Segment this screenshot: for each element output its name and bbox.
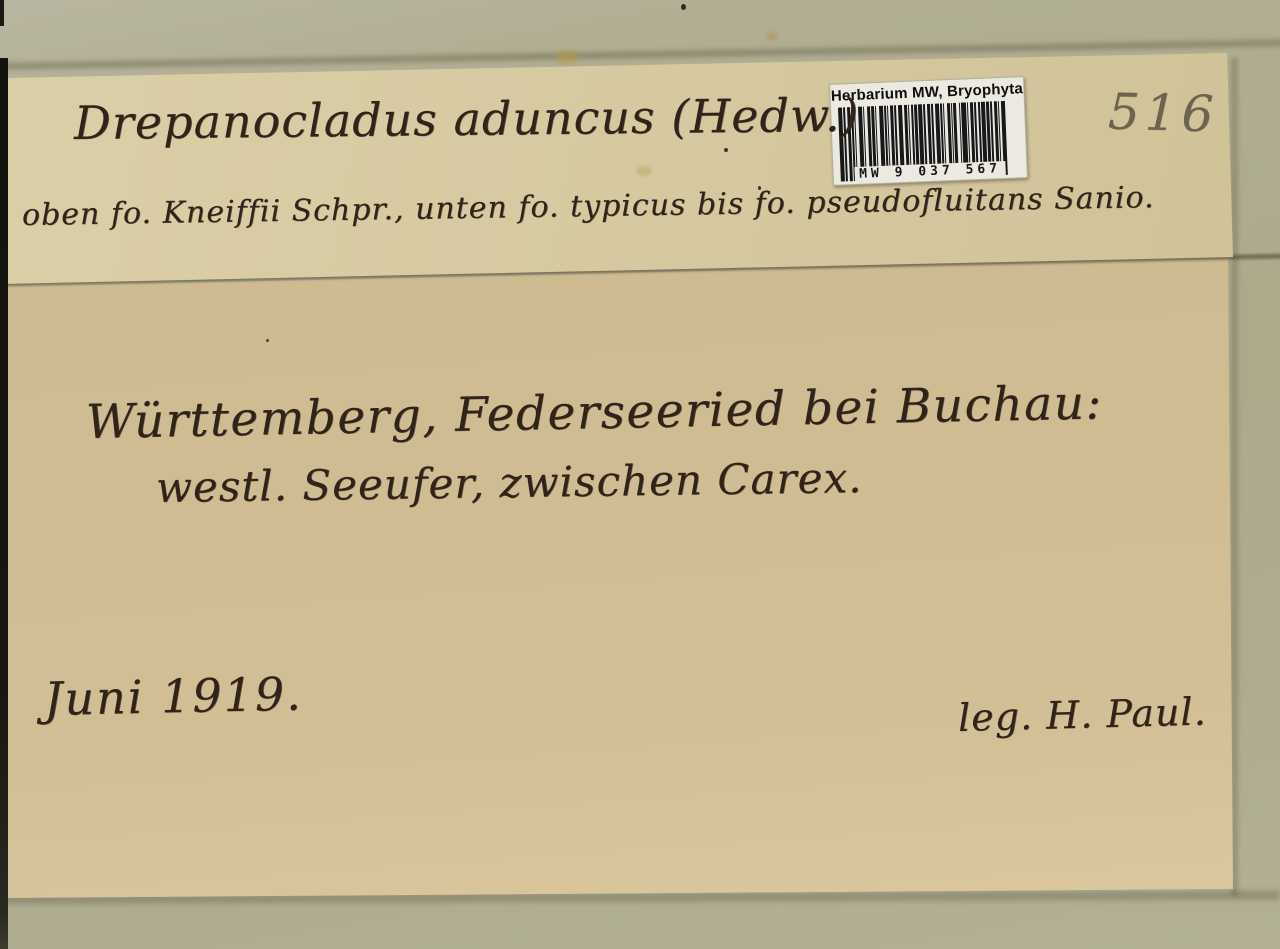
barcode: MW 9 037 567 xyxy=(838,100,1020,181)
locality-line-2: westl. Seeufer, zwischen Carex. xyxy=(156,453,863,512)
stain xyxy=(556,50,578,64)
stain xyxy=(636,166,652,176)
photo-left-edge xyxy=(0,58,8,949)
collector-name: leg. H. Paul. xyxy=(957,689,1207,739)
specimen-number: 516 xyxy=(1107,83,1219,144)
stain xyxy=(766,32,778,41)
speck xyxy=(266,339,269,342)
speck xyxy=(681,4,686,10)
herbarium-sheet-photo: Herbarium MW, Bryophyta MW 9 037 567 516… xyxy=(0,0,1280,949)
photo-corner-mark xyxy=(0,0,4,26)
collection-date: Juni 1919. xyxy=(43,667,303,726)
species-name: Drepanocladus aduncus (Hedw.) xyxy=(74,88,860,150)
speck xyxy=(724,148,728,152)
